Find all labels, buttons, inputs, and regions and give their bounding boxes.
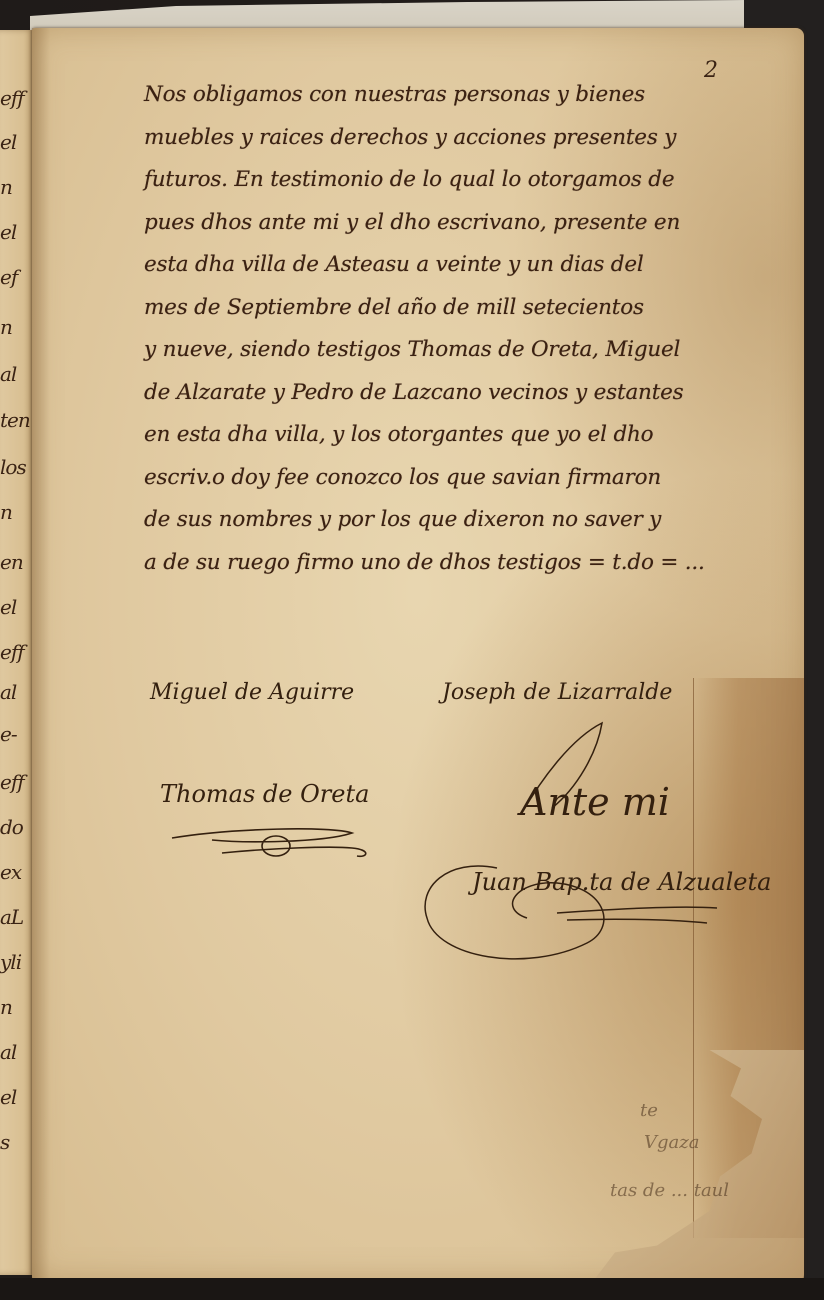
margin-fragment: n — [0, 995, 12, 1019]
text-line: pues dhos ante mi y el dho escrivano, pr… — [144, 202, 754, 245]
signature-joseph: Joseph de Lizarralde — [442, 680, 672, 705]
margin-fragment: n — [0, 175, 12, 199]
margin-fragment: el — [0, 595, 16, 619]
text-line: futuros. En testimonio de lo qual lo oto… — [144, 159, 754, 202]
text-line: Nos obligamos con nuestras personas y bi… — [144, 74, 754, 117]
margin-fragment: eff — [0, 770, 24, 794]
text-line: esta dha villa de Asteasu a veinte y un … — [144, 244, 754, 287]
text-line: y nueve, siendo testigos Thomas de Oreta… — [144, 329, 754, 372]
margin-fragment: e- — [0, 722, 17, 746]
margin-fragment: el — [0, 130, 16, 154]
margin-fragment: ef — [0, 265, 17, 289]
notary-ante-mi: Ante mi — [520, 780, 670, 824]
text-line: de Alzarate y Pedro de Lazcano vecinos y… — [144, 372, 754, 415]
margin-fragment: el — [0, 1085, 16, 1109]
signature-miguel: Miguel de Aguirre — [150, 680, 354, 705]
margin-fragment: n — [0, 500, 12, 524]
margin-fragment: los — [0, 455, 26, 479]
signature-notary: Juan Bap.ta de Alzualeta — [472, 868, 771, 896]
corner-note: te — [640, 1100, 658, 1121]
previous-page-margin: eff el n el ef n al ten los n en el eff … — [0, 30, 34, 1275]
margin-fragment: aL — [0, 905, 23, 929]
margin-fragment: en — [0, 550, 23, 574]
thomas-flourish-icon — [152, 798, 392, 868]
margin-fragment: n — [0, 315, 12, 339]
margin-fragment: s — [0, 1130, 9, 1154]
margin-fragment: do — [0, 815, 23, 839]
margin-fragment: eff — [0, 86, 24, 110]
margin-fragment: ex — [0, 860, 21, 884]
margin-fragment: al — [0, 1040, 16, 1064]
fold-shadow — [32, 28, 50, 1280]
text-line: en esta dha villa, y los otorgantes que … — [144, 414, 754, 457]
margin-fragment: eff — [0, 640, 24, 664]
margin-fragment: ten — [0, 408, 30, 432]
text-line: mes de Septiembre del año de mill seteci… — [144, 287, 754, 330]
bottom-dark-edge — [0, 1278, 824, 1300]
margin-fragment: el — [0, 220, 16, 244]
margin-fragment: al — [0, 362, 16, 386]
text-line: de sus nombres y por los que dixeron no … — [144, 499, 754, 542]
manuscript-page: 2 Nos obligamos con nuestras personas y … — [32, 28, 804, 1280]
corner-note: Vgaza — [644, 1132, 699, 1153]
corner-note: tas de ... taul — [610, 1180, 729, 1201]
text-line: escriv.o doy fee conozco los que savian … — [144, 457, 754, 500]
signature-thomas: Thomas de Oreta — [160, 780, 369, 808]
text-line: a de su ruego firmo uno de dhos testigos… — [144, 542, 754, 585]
manuscript-text-block: Nos obligamos con nuestras personas y bi… — [144, 74, 754, 584]
margin-fragment: yli — [0, 950, 21, 974]
text-line: muebles y raices derechos y acciones pre… — [144, 117, 754, 160]
margin-fragment: al — [0, 680, 16, 704]
